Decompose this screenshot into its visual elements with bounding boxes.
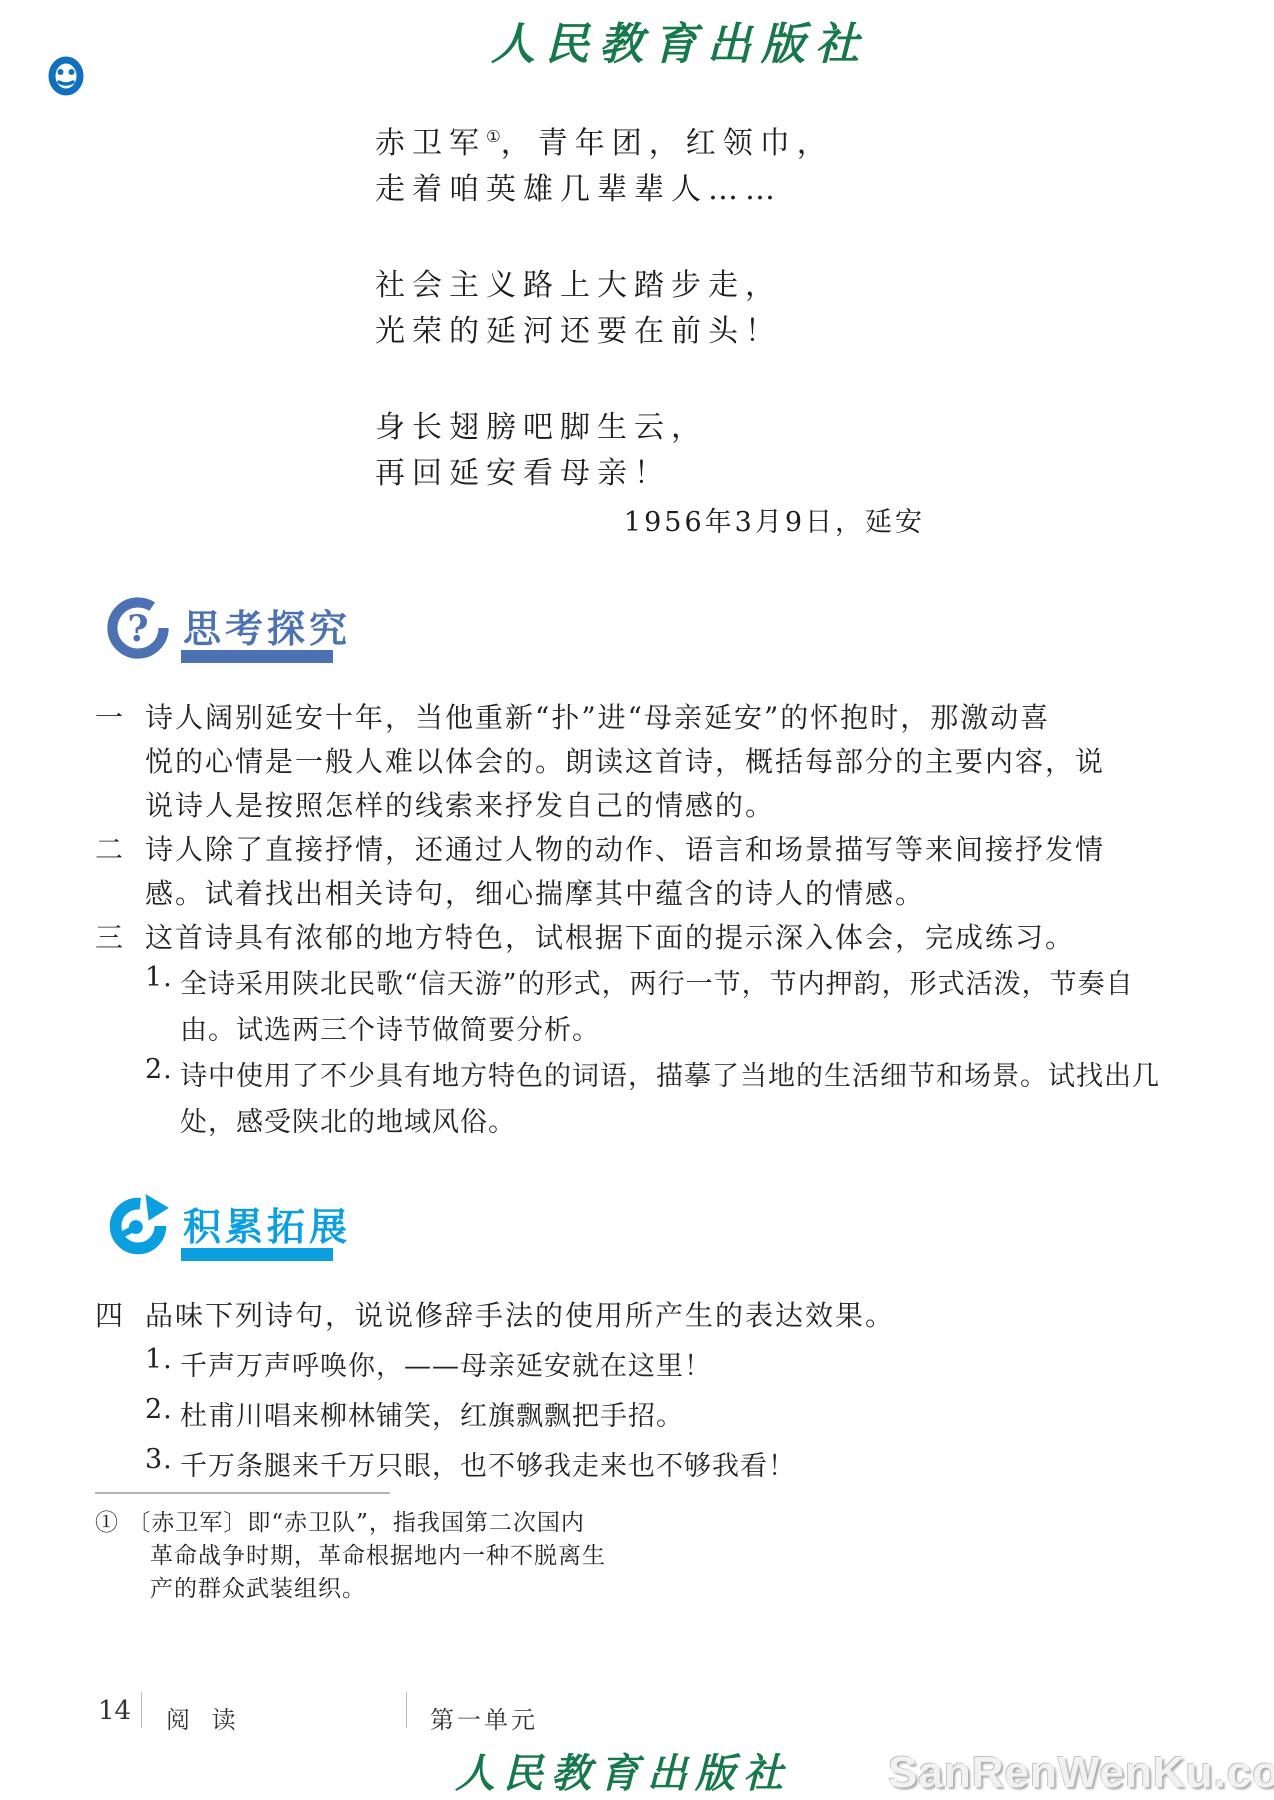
footnote-reference: ① — [486, 127, 501, 146]
footnote-divider — [95, 1492, 390, 1494]
poem-text: 赤卫军 — [375, 126, 486, 161]
footnote-line: 革命战争时期，革命根据地内一种不脱离生 — [150, 1537, 606, 1570]
question-number: 一 — [95, 696, 125, 736]
site-watermark: SanRenWenKu.com — [888, 1748, 1274, 1798]
poem-line: 身长翅膀吧脚生云， — [375, 402, 708, 446]
subitem-number: 2. — [145, 1054, 173, 1085]
question-line: 说诗人是按照怎样的线索来抒发自己的情感的。 — [145, 784, 775, 824]
footer-section-label: 阅 读 — [166, 1700, 243, 1735]
footnote-line: ① 〔赤卫军〕即“赤卫队”，指我国第二次国内 — [95, 1504, 585, 1537]
question-circle-icon: ? — [106, 596, 170, 660]
subitem-number: 1. — [145, 962, 173, 993]
svg-text:?: ? — [127, 607, 148, 650]
subitem-number: 1. — [145, 1344, 173, 1375]
publisher-logo-bottom: 人民教育出版社 — [455, 1742, 791, 1799]
section-underline — [181, 650, 333, 663]
footer-divider — [141, 1692, 142, 1728]
poem-line: 再回延安看母亲！ — [375, 448, 671, 492]
smiley-icon — [48, 56, 84, 96]
subitem-line: 由。试选两三个诗节做简要分析。 — [180, 1008, 600, 1047]
footnote-line: 产的群众武装组织。 — [150, 1570, 366, 1603]
poem-text: ，青年团，红领巾， — [501, 126, 834, 161]
question-line: 诗人阔别延安十年，当他重新“扑”进“母亲延安”的怀抱时，那激动喜 — [145, 696, 1050, 736]
subitem-line: 千万条腿来千万只眼，也不够我走来也不够我看！ — [180, 1444, 796, 1483]
footer-unit-label: 第一单元 — [430, 1700, 538, 1735]
question-number: 四 — [95, 1294, 125, 1334]
subitem-line: 全诗采用陕北民歌“信天游”的形式，两行一节，节内押韵，形式活泼，节奏自 — [180, 962, 1134, 1001]
question-line: 悦的心情是一般人难以体会的。朗读这首诗，概括每部分的主要内容，说 — [145, 740, 1105, 780]
circular-arrow-icon — [106, 1194, 170, 1258]
footer-divider — [406, 1692, 407, 1728]
poem-line: 社会主义路上大踏步走， — [375, 260, 782, 304]
poem-line: 赤卫军①，青年团，红领巾， — [375, 118, 834, 162]
subitem-line: 杜甫川唱来柳林铺笑，红旗飘飘把手招。 — [180, 1394, 684, 1433]
question-line: 这首诗具有浓郁的地方特色，试根据下面的提示深入体会，完成练习。 — [145, 916, 1075, 956]
subitem-line: 诗中使用了不少具有地方特色的词语，描摹了当地的生活细节和场景。试找出几 — [180, 1054, 1160, 1093]
question-line: 品味下列诗句，说说修辞手法的使用所产生的表达效果。 — [145, 1294, 895, 1334]
footnote-text: 〔赤卫军〕即“赤卫队”，指我国第二次国内 — [127, 1510, 585, 1536]
section-title-expand: 积累拓展 — [183, 1196, 351, 1251]
subitem-line: 处，感受陕北的地域风俗。 — [180, 1100, 516, 1139]
section-underline — [181, 1248, 333, 1261]
page-number: 14 — [98, 1696, 131, 1726]
question-line: 感。试着找出相关诗句，细心揣摩其中蕴含的诗人的情感。 — [145, 872, 925, 912]
subitem-line: 千声万声呼唤你，——母亲延安就在这里！ — [180, 1344, 712, 1383]
poem-line: 光荣的延河还要在前头！ — [375, 306, 782, 350]
question-line: 诗人除了直接抒情，还通过人物的动作、语言和场景描写等来间接抒发情 — [145, 828, 1105, 868]
section-title-think: 思考探究 — [183, 598, 351, 653]
publisher-logo-top: 人民教育出版社 — [430, 8, 930, 72]
poem-dateline: 1956年3月9日，延安 — [375, 500, 925, 539]
subitem-number: 2. — [145, 1394, 173, 1425]
subitem-number: 3. — [145, 1444, 173, 1475]
footnote-marker: ① — [95, 1510, 119, 1536]
question-number: 三 — [95, 916, 125, 956]
question-number: 二 — [95, 828, 125, 868]
textbook-page: 人民教育出版社 赤卫军①，青年团，红领巾， 走着咱英雄几辈辈人…… 社会主义路上… — [0, 0, 1274, 1800]
poem-line: 走着咱英雄几辈辈人…… — [375, 164, 782, 208]
